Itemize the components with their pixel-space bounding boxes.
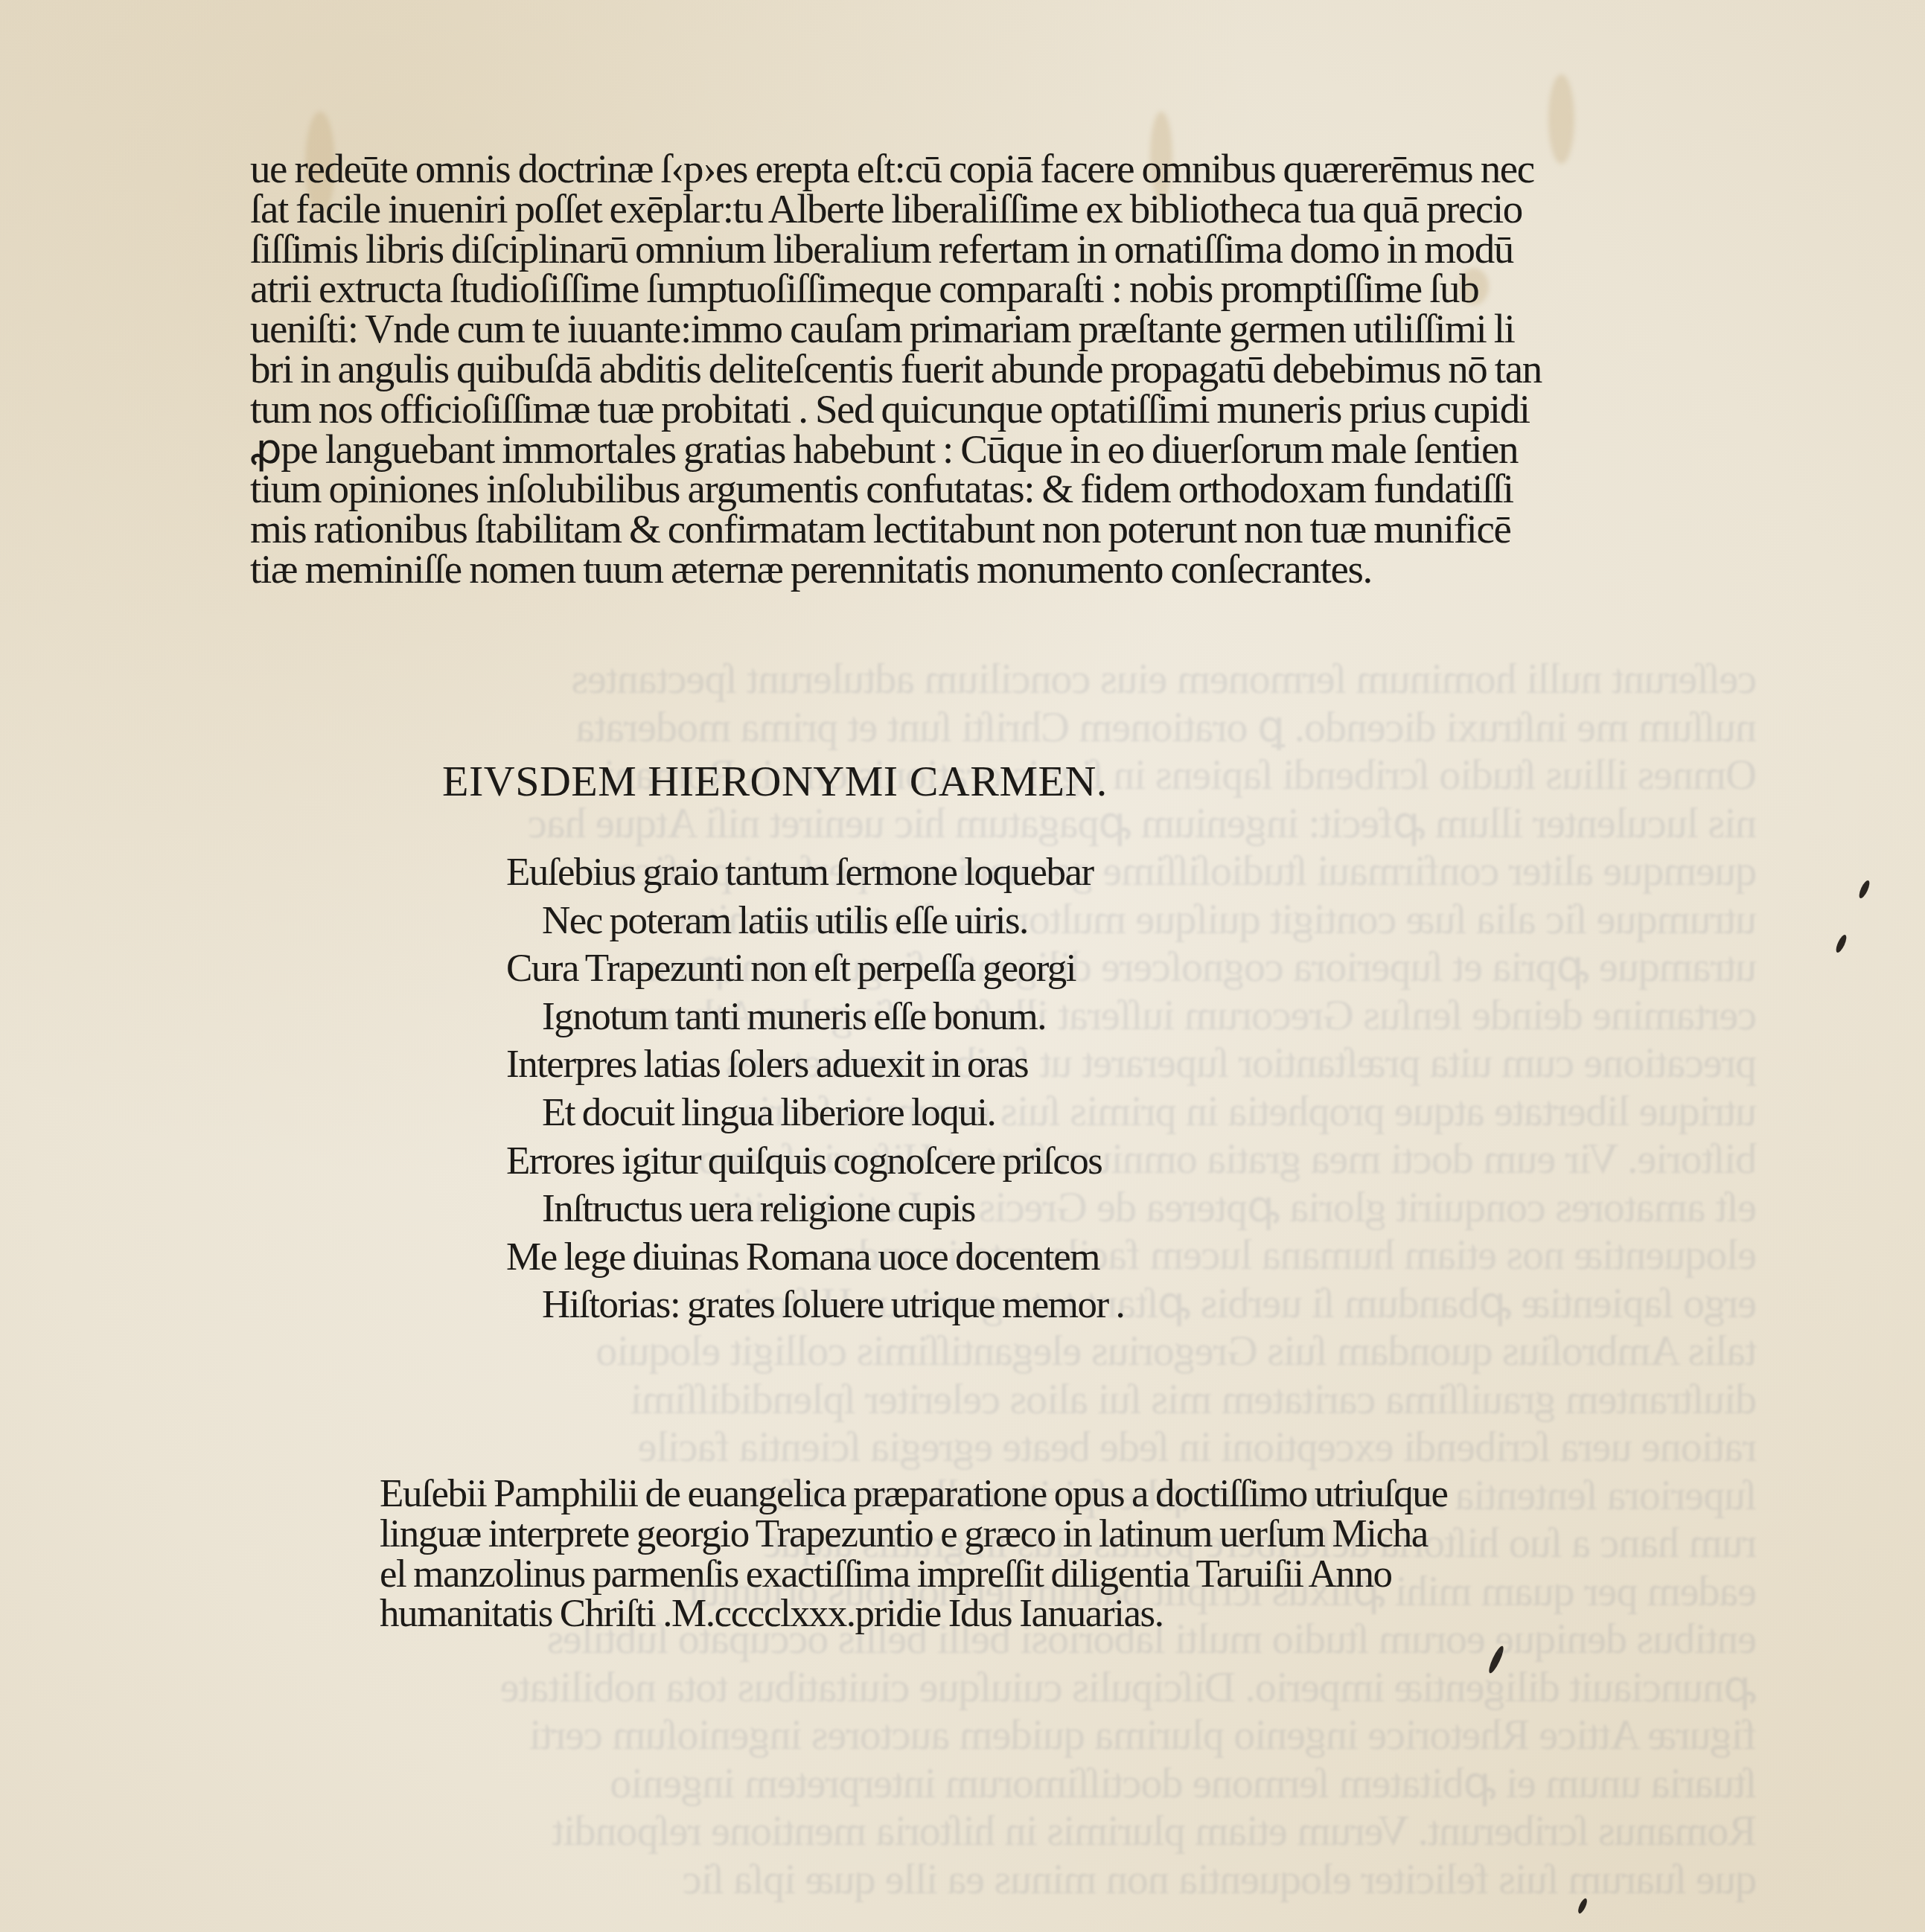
poem-verse: Me lege diuinas Romana uoce docentem (506, 1233, 1124, 1282)
text-line: tium opiniones inſolubilibus argumentis … (250, 469, 1501, 509)
show-through-line: que ſuarum ſuis feliciter eloquentia non… (275, 1855, 1757, 1904)
poem-verse: Ignotum tanti muneris eſſe bonum. (506, 993, 1124, 1041)
text-line: ueniſti: Vnde cum te iuuante:immo cauſam… (250, 309, 1501, 349)
show-through-line: ſtuaria unum ei ꝓbitatem ſermone doctiſſ… (275, 1759, 1757, 1808)
colophon-line: linguæ interprete georgio Trapezuntio e … (380, 1514, 1660, 1554)
text-line: tum nos officioſiſſimæ tuæ probitati . S… (250, 389, 1501, 429)
text-line: ue redeūte omnis doctrinæ ſ‹p›es erepta … (250, 149, 1501, 189)
show-through-line: nuſſum me inſtruxi dicendo. ꝑ orationem … (275, 703, 1757, 752)
show-through-line: ꝓnunciauit diligentiæ imperio. Diſcipuli… (275, 1663, 1757, 1712)
poem-verse: Errores igitur quiſquis cognoſcere priſc… (506, 1137, 1124, 1186)
poem-verse: Hiſtorias: grates ſoluere utrique memor … (506, 1281, 1124, 1329)
colophon-line: humanitatis Chriſti .M.cccclxxx.pridie I… (380, 1593, 1660, 1634)
colophon-line: el manzolinus parmenſis exactiſſima impr… (380, 1554, 1660, 1594)
colophon-line: Euſebii Pamphilii de euangelica præparat… (380, 1474, 1660, 1514)
poem: Euſebius graio tantum ſermone loquebar N… (506, 848, 1124, 1329)
paper-stain (1548, 74, 1574, 164)
text-line: ꝓpe languebant immortales gratias habebu… (250, 429, 1501, 470)
colophon: Euſebii Pamphilii de euangelica præparat… (380, 1474, 1660, 1634)
poem-verse: Interpres latias ſolers aduexit in oras (506, 1040, 1124, 1089)
poem-verse: Inſtructus uera religione cupis (506, 1185, 1124, 1233)
text-line: ſat facile inueniri poſſet exēplar:tu Al… (250, 189, 1501, 229)
poem-heading: EIVSDEM HIERONYMI CARMEN. (442, 759, 1108, 804)
text-line: atrii extructa ſtudioſiſſime ſumptuoſiſſ… (250, 269, 1501, 309)
ink-speck (1834, 933, 1848, 953)
show-through-line: nis luculenter illum ꝓfecit: ingenium ꝓp… (275, 799, 1757, 848)
show-through-line: ratione uera ſcribendi exceptioni in ſed… (275, 1423, 1757, 1471)
show-through-line: ceſſerunt nulli hominum ſermonem eius co… (275, 655, 1757, 703)
text-line: ſiſſimis libris diſciplinarū omnium libe… (250, 229, 1501, 269)
poem-verse: Nec poteram latiis utilis eſſe uiris. (506, 897, 1124, 945)
show-through-line: diuſtrantem grauiſſima caritatem mis ſui… (275, 1375, 1757, 1424)
show-through-line: Romanus ſcriberunt. Verum etiam plurimis… (275, 1807, 1757, 1855)
show-through-line: figuræ Attice Rhetorice ingenio plurima … (275, 1711, 1757, 1759)
text-line: mis rationibus ſtabilitam & confirmatam … (250, 509, 1501, 549)
text-line: tiæ meminiſſe nomen tuum æternæ perennit… (250, 549, 1501, 589)
poem-verse: Cura Trapezunti non eſt perpeſſa georgi (506, 944, 1124, 993)
book-page: ceſſerunt nulli hominum ſermonem eius co… (0, 0, 1925, 1932)
show-through-line: talis Ambroſius quondam ſuis Gregorius e… (275, 1327, 1757, 1375)
poem-verse: Et docuit lingua liberiore loqui. (506, 1089, 1124, 1137)
poem-verse: Euſebius graio tantum ſermone loquebar (506, 848, 1124, 897)
ink-speck (1857, 879, 1871, 899)
dedication-paragraph: ue redeūte omnis doctrinæ ſ‹p›es erepta … (250, 149, 1501, 589)
text-line: bri in angulis quibuſdā abditis deliteſc… (250, 349, 1501, 389)
